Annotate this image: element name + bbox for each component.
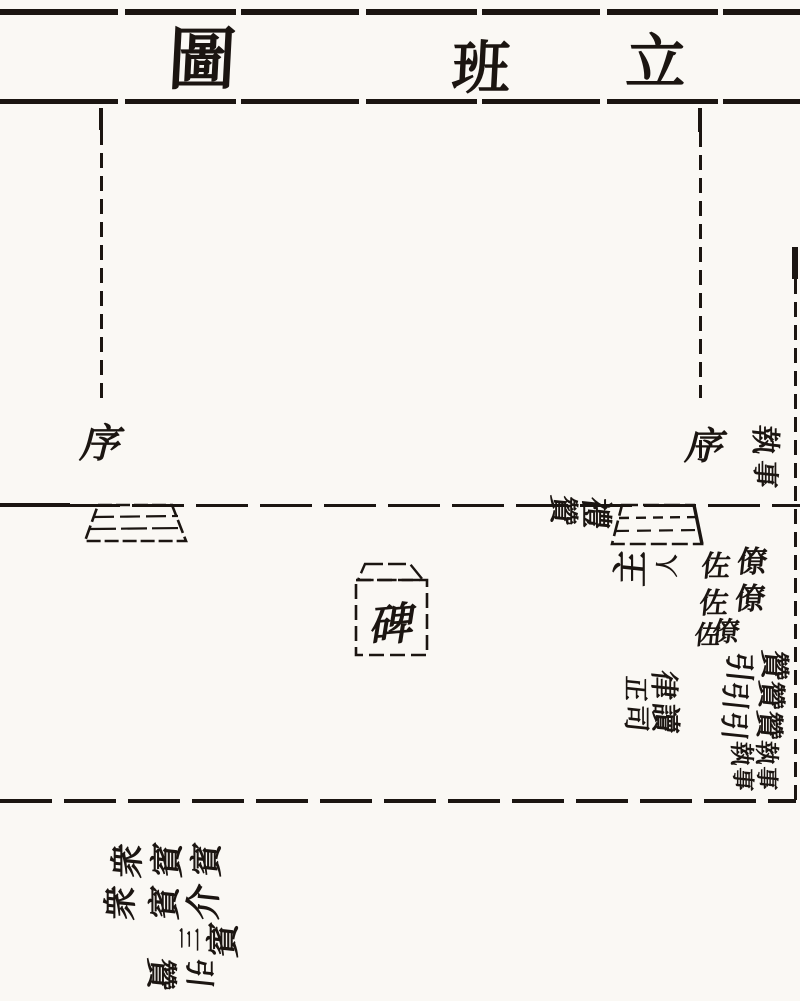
- attendant-1-char-0: 執: [729, 740, 755, 769]
- south-usher-char-0: 贊: [144, 955, 178, 993]
- crowd-guests-1-char-0: 衆: [110, 841, 146, 881]
- three-guests-char-0: 三: [179, 926, 203, 953]
- title-char-tu: 圖: [166, 27, 238, 95]
- south-wall-line: [0, 799, 796, 803]
- three-guests-char-1: 賓: [206, 920, 242, 960]
- east-wall-label: 序: [684, 427, 722, 465]
- east-partition-tick: [698, 108, 702, 132]
- stele: 碑: [352, 558, 432, 660]
- stele-label: 碑: [362, 594, 416, 648]
- east-partition-line: [699, 132, 702, 398]
- guiding-usher-3-char-1: 引: [719, 709, 749, 742]
- guiding-usher-2-char-1: 引: [720, 679, 750, 712]
- crowd-guests-2-char-0: 衆: [103, 883, 139, 923]
- right-border-line: [794, 279, 797, 807]
- east-hall-attendant-char-1: 事: [751, 459, 779, 490]
- proctor-char-1: 司: [622, 703, 650, 734]
- chief-guest-char-0: 賓: [189, 840, 224, 879]
- crowd-guests-2-char-1: 賓: [147, 883, 182, 922]
- official-aides-1-char-0: 僚: [734, 547, 769, 579]
- assistant-guest-char-0: 介: [186, 881, 224, 923]
- right-border-blob: [792, 247, 798, 279]
- law-reader-char-1: 讀: [648, 700, 680, 735]
- west-partition-tick: [99, 108, 103, 130]
- guiding-usher-3-char-0: 贊: [754, 708, 784, 741]
- usher-of-rites-char-0: 贊: [546, 492, 578, 527]
- usher-of-rites-char-1: 禮: [579, 494, 613, 532]
- title-char-ban: 班: [450, 39, 511, 97]
- guiding-usher-2-char-0: 贊: [756, 678, 786, 711]
- host-char-0: 主: [613, 547, 651, 589]
- west-steps: [82, 502, 194, 546]
- crowd-guests-1-char-1: 賓: [150, 840, 186, 880]
- attendant-1-char-1: 事: [730, 766, 754, 793]
- hall-floor-line-start: [0, 503, 70, 507]
- law-reader-char-0: 律: [649, 668, 679, 701]
- title-underline: [0, 99, 800, 104]
- official-aides-2-char-1: 佐: [697, 588, 730, 618]
- attendant-2-char-0: 執: [754, 739, 780, 768]
- official-aides-1-char-1: 佐: [699, 551, 732, 581]
- guiding-usher-1-char-0: 贊: [757, 647, 789, 682]
- attendant-2-char-1: 事: [754, 765, 778, 792]
- official-aides-3-char-1: 佐: [693, 622, 723, 649]
- proctor-char-0: 正: [623, 675, 649, 704]
- woodblock-diagram-page: 圖 班 立 序 序 碑 執事贊禮主人僚佐僚佐僚佐贊引贊引贊引律讀正司執事執事衆賓…: [0, 0, 800, 1001]
- west-partition-line: [100, 130, 103, 400]
- east-steps: [610, 502, 706, 548]
- south-usher-char-1: 引: [182, 955, 214, 990]
- east-hall-attendant-char-0: 執: [748, 422, 780, 457]
- official-aides-2-char-0: 僚: [732, 584, 767, 616]
- host-char-1: 人: [656, 552, 680, 579]
- top-border-line: [0, 9, 800, 15]
- title-char-li: 立: [624, 33, 687, 93]
- west-wall-label: 序: [79, 424, 119, 464]
